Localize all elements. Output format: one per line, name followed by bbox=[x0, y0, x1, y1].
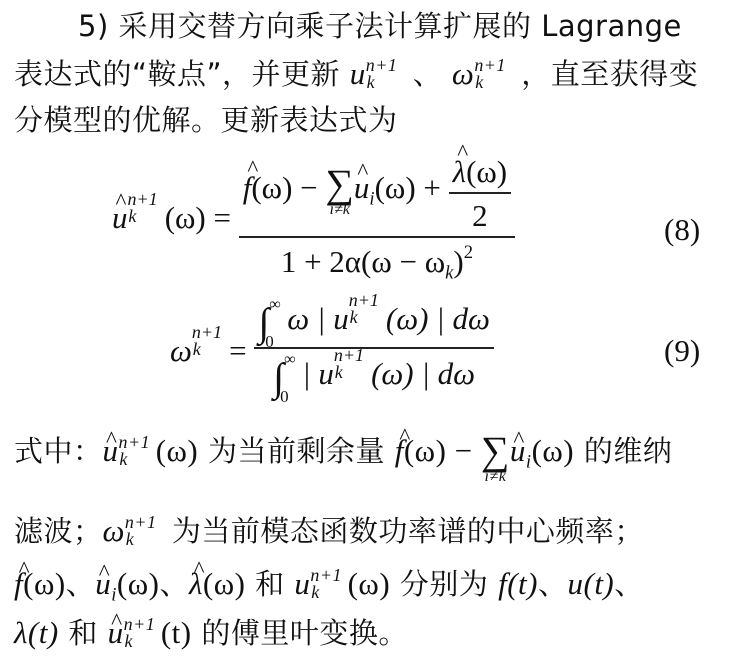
eq9-numerator: ∫∞0ω | un+1k(ω) | dω bbox=[254, 298, 494, 347]
math-uhat-i: ui(ω) bbox=[95, 566, 159, 601]
explanation-text-1c: 的维纳 bbox=[584, 434, 673, 468]
eq8-denominator: 1 + 2α(ω − ωk)2 bbox=[239, 236, 515, 284]
math-lambdahat: λ(ω) bbox=[189, 566, 246, 601]
math-uhat-k-n1-t: un+1k(t) bbox=[108, 615, 192, 650]
step5-text-2a: 表达式的“鞍点”，并更新 bbox=[14, 57, 340, 91]
explanation-text-1b: 为当前剩余量 bbox=[208, 434, 385, 468]
step5-line-1: 5) 采用交替方向乘子法计算扩展的 Lagrange bbox=[78, 6, 682, 46]
eq8-lambda-fraction: λ(ω) 2 bbox=[449, 148, 512, 234]
eq8-fraction: f(ω) − ∑i≠kui(ω) + λ(ω) 2 1 + 2α(ω − ωk)… bbox=[239, 148, 515, 284]
eq8-lhs: un+1k(ω) = bbox=[112, 200, 239, 235]
separator: 、 bbox=[413, 57, 443, 91]
step5-line-3: 分模型的优解。更新表达式为 bbox=[14, 100, 398, 140]
explanation-text-2b: 为当前模态函数功率谱的中心频率； bbox=[172, 514, 644, 548]
equation-8: un+1k(ω) = f(ω) − ∑i≠kui(ω) + λ(ω) 2 1 +… bbox=[112, 148, 515, 284]
eq9-fraction: ∫∞0ω | un+1k(ω) | dω ∫∞0| un+1k(ω) | dω bbox=[254, 298, 494, 401]
equation-9: ωn+1k= ∫∞0ω | un+1k(ω) | dω ∫∞0| un+1k(ω… bbox=[170, 298, 494, 401]
math-u-k-n1-omega: un+1k(ω) bbox=[294, 566, 390, 601]
math-uhat-k-n1: un+1k(ω) bbox=[103, 433, 199, 468]
math-omega-k-n1: ωn+1k bbox=[103, 513, 163, 548]
eq9-lhs: ωn+1k= bbox=[170, 333, 254, 368]
math-fhat: f(ω) bbox=[14, 566, 66, 601]
math-omega-k-n1: ωn+1k bbox=[452, 56, 512, 91]
explanation-text-2a: 滤波； bbox=[14, 514, 103, 548]
math-f-t: f(t) bbox=[498, 566, 538, 601]
math-residual: f(ω) − ∑i≠kui(ω) bbox=[395, 433, 574, 468]
equation-9-number: (9) bbox=[664, 333, 700, 369]
eq9-denominator: ∫∞0| un+1k(ω) | dω bbox=[254, 347, 494, 400]
explanation-text-1a: 式中： bbox=[14, 434, 103, 468]
equation-8-number: (8) bbox=[664, 212, 700, 248]
explanation-line-3: f(ω)、ui(ω)、λ(ω) 和 un+1k(ω) 分别为 f(t)、u(t)… bbox=[14, 563, 644, 616]
eq8-numerator: f(ω) − ∑i≠kui(ω) + λ(ω) 2 bbox=[239, 148, 515, 236]
step5-text-3: 分模型的优解。更新表达式为 bbox=[14, 103, 398, 137]
math-u-k-n1: un+1k bbox=[350, 56, 403, 91]
step5-text-2c: ，直至获得变 bbox=[521, 57, 698, 91]
math-lambda-t: λ(t) bbox=[14, 615, 59, 650]
explanation-line-1: 式中：un+1k(ω) 为当前剩余量 f(ω) − ∑i≠kui(ω) 的维纳 bbox=[14, 430, 672, 485]
explanation-line-2: 滤波；ωn+1k 为当前模态函数功率谱的中心频率； bbox=[14, 510, 644, 551]
explanation-line-4: λ(t) 和 un+1k(t) 的傅里叶变换。 bbox=[14, 612, 408, 653]
step5-text-1: 5) 采用交替方向乘子法计算扩展的 Lagrange bbox=[78, 9, 682, 43]
step5-line-2: 表达式的“鞍点”，并更新 un+1k 、 ωn+1k ，直至获得变 bbox=[14, 53, 698, 94]
math-u-t: u(t) bbox=[568, 566, 615, 601]
summation-symbol: ∑i≠k bbox=[325, 164, 354, 218]
